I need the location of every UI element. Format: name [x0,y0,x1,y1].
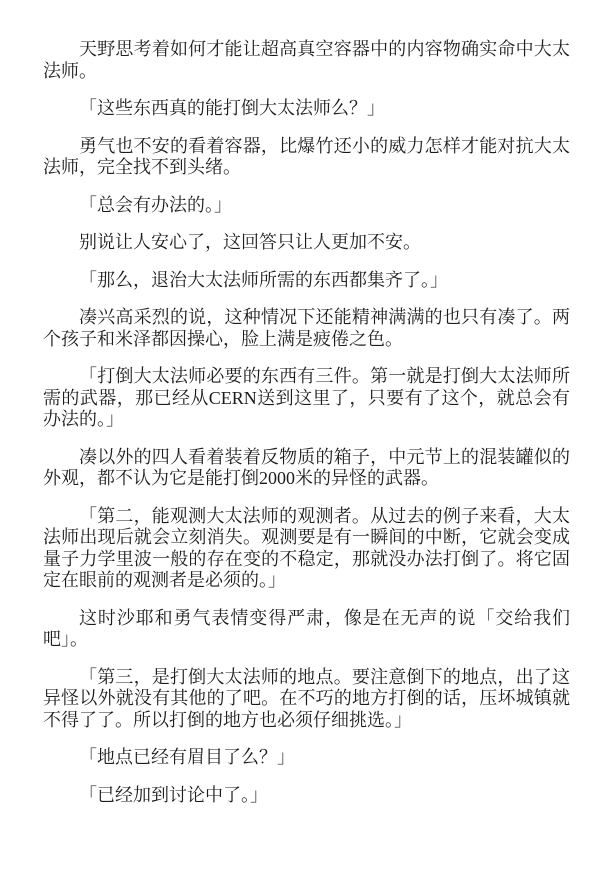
paragraph: 「这些东西真的能打倒大太法师么？」 [43,98,570,120]
paragraph: 「第三，是打倒大太法师的地点。要注意倒下的地点，出了这异怪以外就没有其他的了吧。… [43,667,570,732]
paragraph: 凑以外的四人看着装着反物质的箱子，中元节上的混装罐似的外观，都不认为它是能打倒2… [43,447,570,490]
paragraph: 「总会有办法的。」 [43,195,570,217]
paragraph: 勇气也不安的看着容器，比爆竹还小的威力怎样才能对抗大太法师，完全找不到头绪。 [43,136,570,179]
paragraph: 凑兴高采烈的说，这种情况下还能精神满满的也只有凑了。两个孩子和米泽都因操心，脸上… [43,307,570,350]
paragraph: 「已经加到讨论中了。」 [43,785,570,807]
paragraph: 天野思考着如何才能让超高真空容器中的内容物确实命中大太法师。 [43,39,570,82]
paragraph: 「地点已经有眉目了么？」 [43,747,570,769]
paragraph: 这时沙耶和勇气表情变得严肃，像是在无声的说「交给我们吧」。 [43,608,570,651]
document-page: 天野思考着如何才能让超高真空容器中的内容物确实命中大太法师。 「这些东西真的能打… [0,0,613,869]
paragraph: 「那么，退治大太法师所需的东西都集齐了。」 [43,270,570,292]
paragraph: 「打倒大太法师必要的东西有三件。第一就是打倒大太法师所需的武器，那已经从CERN… [43,366,570,431]
paragraph: 别说让人安心了，这回答只让人更加不安。 [43,232,570,254]
paragraph: 「第二，能观测大太法师的观测者。从过去的例子来看，大太法师出现后就会立刻消失。观… [43,506,570,592]
